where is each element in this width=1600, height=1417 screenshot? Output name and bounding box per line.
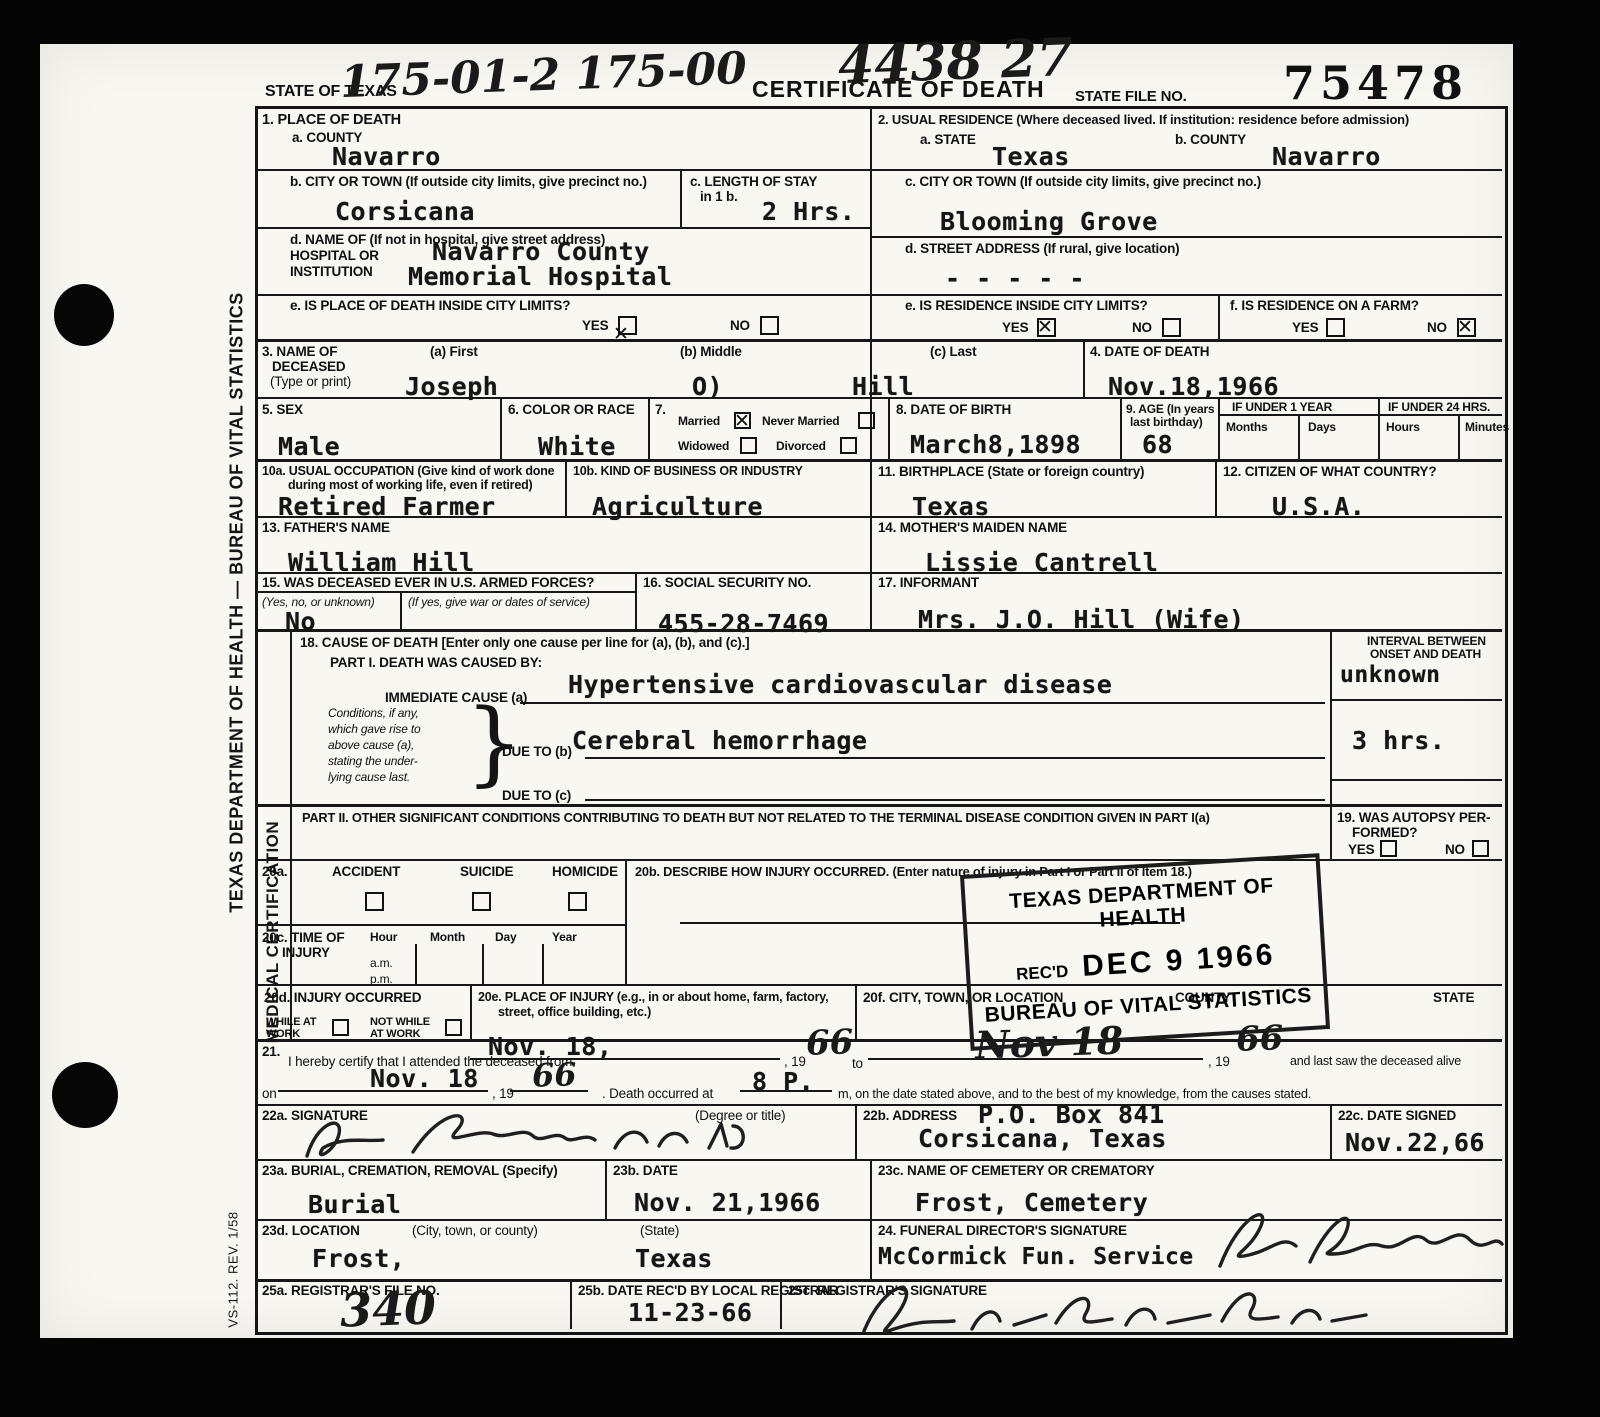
line <box>1330 779 1502 781</box>
sec20f-state-label: STATE <box>1433 990 1474 1006</box>
sec23a-value: Burial <box>308 1192 401 1217</box>
sec18-heading: 18. CAUSE OF DEATH [Enter only one cause… <box>300 635 749 651</box>
sec8-value: March8,1898 <box>910 432 1081 457</box>
sec20c-pm-label: p.m. <box>370 972 393 986</box>
bureau-rail-text: TEXAS DEPARTMENT OF HEALTH — BUREAU OF V… <box>227 223 248 983</box>
line <box>255 459 1502 462</box>
sec2-heading: 2. USUAL RESIDENCE (Where deceased lived… <box>878 112 1409 128</box>
sec9-hours-label: Hours <box>1386 420 1420 434</box>
sec19-no-checkbox <box>1472 840 1489 857</box>
sec23d-heading: 23d. LOCATION <box>262 1223 360 1239</box>
sec20a-accident-label: ACCIDENT <box>332 864 400 880</box>
answer-line-18c <box>585 799 1325 801</box>
sec20a-homicide-label: HOMICIDE <box>552 864 618 880</box>
line <box>570 1279 572 1329</box>
sec7-married-label: Married <box>678 414 720 428</box>
line <box>1330 699 1502 701</box>
sec23a-heading: 23a. BURIAL, CREMATION, REMOVAL (Specify… <box>262 1163 558 1179</box>
sec23b-heading: 23b. DATE <box>613 1163 678 1179</box>
sec3-middle-label: (b) Middle <box>680 344 742 360</box>
scanned-death-certificate: TEXAS DEPARTMENT OF HEALTH — BUREAU OF V… <box>0 0 1600 1417</box>
sec8-heading: 8. DATE OF BIRTH <box>896 402 1011 418</box>
sec19-yes-checkbox <box>1380 840 1397 857</box>
sec2-city-label: c. CITY OR TOWN (If outside city limits,… <box>905 174 1261 190</box>
sec18-part2: PART II. OTHER SIGNIFICANT CONDITIONS CO… <box>302 810 1210 825</box>
sec20c-month-label: Month <box>430 930 465 944</box>
sec20d-while-label2: WORK <box>266 1028 300 1041</box>
sec17-value: Mrs. J.O. Hill (Wife) <box>918 607 1245 632</box>
sec3-heading1: 3. NAME OF <box>262 344 337 360</box>
sec1-stay-value: 2 Hrs. <box>762 199 855 224</box>
line <box>855 984 857 1039</box>
sec16-heading: 16. SOCIAL SECURITY NO. <box>643 575 811 591</box>
sec18-interval-label2: ONSET AND DEATH <box>1370 647 1481 661</box>
sec20e-heading1: 20e. PLACE OF INJURY (e.g., in or about … <box>478 990 828 1005</box>
line <box>1458 414 1460 459</box>
line <box>1378 397 1380 459</box>
sec20c-am-label: a.m. <box>370 956 393 970</box>
handwritten-district-code: 175-01-2 175-00 <box>339 47 747 105</box>
sec23d-value1: Frost, <box>312 1246 405 1271</box>
line <box>400 591 402 629</box>
sec22c-date: Nov.22,66 <box>1345 1130 1485 1155</box>
medical-rail-divider <box>290 629 292 1039</box>
sec24-value: McCormick Fun. Service <box>878 1246 1194 1269</box>
form-revision-text: VS-112. REV. 1/58 <box>226 1185 241 1355</box>
sec18-part1: PART I. DEATH WAS CAUSED BY: <box>330 655 542 671</box>
sec6-heading: 6. COLOR OR RACE <box>508 402 635 418</box>
sec17-heading: 17. INFORMANT <box>878 575 979 591</box>
sec24-heading: 24. FUNERAL DIRECTOR'S SIGNATURE <box>878 1223 1127 1239</box>
sec10b-value: Agriculture <box>592 494 763 519</box>
sec18-duec-label: DUE TO (c) <box>502 788 571 804</box>
sec9-under1-label: IF UNDER 1 YEAR <box>1232 400 1332 414</box>
punch-hole-top <box>54 284 114 346</box>
line <box>1120 397 1122 459</box>
line <box>255 924 625 926</box>
sec21-on-label: on <box>262 1086 277 1102</box>
sec1-county-value: Navarro <box>332 144 441 169</box>
sec2-farm-no-checkbox <box>1457 318 1476 337</box>
sec18-cond1: Conditions, if any, <box>328 706 419 720</box>
sec5-heading: 5. SEX <box>262 402 303 418</box>
sec18-interval-b-value: 3 hrs. <box>1352 728 1445 753</box>
sec3-first-label: (a) First <box>430 344 478 360</box>
sec2-state-value: Texas <box>992 144 1070 169</box>
sec1-limits-label: e. IS PLACE OF DEATH INSIDE CITY LIMITS? <box>290 298 570 314</box>
line <box>255 591 635 593</box>
answer-line-18b <box>585 757 1325 759</box>
sec2-limits-label: e. IS RESIDENCE INSIDE CITY LIMITS? <box>905 298 1148 314</box>
sec20a-heading: 20a. <box>262 864 287 880</box>
sec15-value: No <box>285 609 316 634</box>
sec1-yes-label: YES <box>582 318 608 334</box>
sec1-yes-checkbox <box>618 316 637 335</box>
sec25b-value: 11-23-66 <box>628 1300 752 1325</box>
stamp-line3: BUREAU OF VITAL STATISTICS <box>972 983 1325 1028</box>
sec21-yr1-value: 66 <box>805 1025 853 1061</box>
sec20d-notwhile-label2: AT WORK <box>370 1028 420 1041</box>
stamp-recd-label: REC'D <box>1016 962 1069 984</box>
sec18-cond2: which gave rise to <box>328 722 420 736</box>
sec21-to-label: to <box>852 1056 863 1072</box>
sec20c-year-label: Year <box>552 930 577 944</box>
sec2-farm-label: f. IS RESIDENCE ON A FARM? <box>1230 298 1419 314</box>
line <box>470 984 472 1039</box>
sec16-value: 455-28-7469 <box>658 611 829 636</box>
answer-line-18a <box>520 702 1325 704</box>
sec1-city-label: b. CITY OR TOWN (If outside city limits,… <box>290 174 647 190</box>
sec19-yes-label: YES <box>1348 842 1374 858</box>
stamp-line1: TEXAS DEPARTMENT OF HEALTH <box>965 871 1319 940</box>
sec13-heading: 13. FATHER'S NAME <box>262 520 390 536</box>
sec9-months-label: Months <box>1226 420 1267 434</box>
sec12-value: U.S.A. <box>1272 494 1365 519</box>
line <box>648 397 650 459</box>
sec20d-notwhile-checkbox <box>445 1019 462 1036</box>
sec20c-hour-label: Hour <box>370 930 397 944</box>
line <box>680 169 682 227</box>
sec5-value: Male <box>278 434 340 459</box>
sec3-heading3: (Type or print) <box>270 374 351 390</box>
punch-hole-bottom <box>52 1062 118 1128</box>
sec20c-heading1: 20c. TIME OF <box>262 930 344 946</box>
line <box>870 236 1502 238</box>
sec7-widowed-label: Widowed <box>678 439 729 453</box>
sec2-county-value: Navarro <box>1272 144 1381 169</box>
sec18-dueb-label: DUE TO (b) <box>502 744 572 760</box>
sec18-cond5: lying cause last. <box>328 770 410 784</box>
sec2-limits-yes-checkbox <box>1037 318 1056 337</box>
physician-signature <box>285 1096 755 1168</box>
line <box>625 859 627 984</box>
sec9-minutes-label: Minutes <box>1465 420 1509 434</box>
state-file-number: 75478 <box>1283 56 1468 110</box>
line <box>888 397 890 459</box>
sec20a-suicide-checkbox <box>472 892 491 911</box>
line <box>500 397 502 459</box>
sec9-days-label: Days <box>1308 420 1336 434</box>
sec11-value: Texas <box>912 494 990 519</box>
sec1-hospital-value1: Navarro County <box>432 239 650 264</box>
sec23c-heading: 23c. NAME OF CEMETERY OR CREMATORY <box>878 1163 1155 1179</box>
stamp-line2: REC'D DEC 9 1966 <box>969 935 1322 990</box>
sec2-street-value: - - - - - <box>945 266 1085 291</box>
sec10a-value: Retired Farmer <box>278 494 496 519</box>
sec15-sub1: (Yes, no, or unknown) <box>262 595 375 609</box>
sec10a-heading1: 10a. USUAL OCCUPATION (Give kind of work… <box>262 464 554 479</box>
sec23c-value: Frost, Cemetery <box>915 1190 1148 1215</box>
sec23d-sub1: (City, town, or county) <box>412 1223 538 1239</box>
line <box>482 944 484 984</box>
sec20e-heading2: street, office building, etc.) <box>498 1005 651 1020</box>
line <box>1218 397 1220 459</box>
stamp-date: DEC 9 1966 <box>1081 938 1276 983</box>
sec3-middle-value: O) <box>692 374 723 399</box>
sec15-sub2: (If yes, give war or dates of service) <box>408 595 590 609</box>
sec9-under24-label: IF UNDER 24 HRS. <box>1388 400 1490 414</box>
line <box>1215 459 1217 516</box>
sec7-widowed-checkbox <box>740 437 757 454</box>
sec7-heading: 7. <box>655 402 666 418</box>
sec20a-suicide-label: SUICIDE <box>460 864 513 880</box>
sec2-limits-no-checkbox <box>1162 318 1181 337</box>
sec10a-heading2: during most of working life, even if ret… <box>288 478 533 493</box>
sec4-value: Nov.18,1966 <box>1108 374 1279 399</box>
sec25a-value: 340 <box>339 1284 437 1333</box>
certificate-page: TEXAS DEPARTMENT OF HEALTH — BUREAU OF V… <box>40 44 1513 1338</box>
sec7-divorced-label: Divorced <box>776 439 826 453</box>
state-file-no-label: STATE FILE NO. <box>1075 88 1187 106</box>
line <box>1083 339 1085 397</box>
sec23b-value: Nov. 21,1966 <box>634 1190 821 1215</box>
sec20a-homicide-checkbox <box>568 892 587 911</box>
sec19-heading1: 19. WAS AUTOPSY PER- <box>1337 810 1490 826</box>
sec18-immediate-value: Hypertensive cardiovascular disease <box>568 672 1112 697</box>
sec4-heading: 4. DATE OF DEATH <box>1090 344 1209 360</box>
sec3-last-value: Hill <box>852 374 914 399</box>
sec3-first-value: Joseph <box>405 374 498 399</box>
sec22c-heading: 22c. DATE SIGNED <box>1338 1108 1456 1124</box>
sec21-on-value: Nov. 18 <box>370 1066 479 1091</box>
sec1-heading: 1. PLACE OF DEATH <box>262 112 401 129</box>
sec7-divorced-checkbox <box>840 437 857 454</box>
sec18-cond4: stating the under- <box>328 754 418 768</box>
registrar-signature <box>830 1269 1390 1347</box>
sec1-stay-label: c. LENGTH OF STAY <box>690 174 817 190</box>
sec2-farm-yes-label: YES <box>1292 320 1318 336</box>
sec19-heading2: FORMED? <box>1352 825 1417 841</box>
sec21-tail1: and last saw the deceased alive <box>1290 1054 1461 1069</box>
sec2-street-label: d. STREET ADDRESS (If rural, give locati… <box>905 241 1179 257</box>
line <box>1218 294 1220 339</box>
sec1-city-value: Corsicana <box>335 199 475 224</box>
sec20c-heading2: INJURY <box>282 945 330 961</box>
sec21-pre19b: , 19 <box>1208 1054 1230 1070</box>
sec15-heading: 15. WAS DECEASED EVER IN U.S. ARMED FORC… <box>262 575 594 591</box>
sec2-farm-yes-checkbox <box>1326 318 1345 337</box>
sec7-never-checkbox <box>858 412 875 429</box>
sec2-county-label: b. COUNTY <box>1175 132 1246 148</box>
sec19-no-label: NO <box>1445 842 1465 858</box>
line <box>1330 1104 1332 1159</box>
handwritten-file-annotation: 4438 27 <box>837 32 1074 92</box>
sec14-heading: 14. MOTHER'S MAIDEN NAME <box>878 520 1067 536</box>
line <box>255 227 872 229</box>
sec2-farm-no-label: NO <box>1427 320 1447 336</box>
sec20d-while-checkbox <box>332 1019 349 1036</box>
sec9-heading2: last birthday) <box>1130 415 1203 429</box>
sec10b-heading: 10b. KIND OF BUSINESS OR INDUSTRY <box>573 464 803 479</box>
sec1-no-label: NO <box>730 318 750 334</box>
sec20a-accident-checkbox <box>365 892 384 911</box>
line <box>605 1159 607 1219</box>
sec20d-heading: 20d. INJURY OCCURRED <box>264 990 421 1006</box>
sec1-hospital-label2: HOSPITAL OR <box>290 248 379 264</box>
sec2-city-value: Blooming Grove <box>940 209 1158 234</box>
line <box>255 804 1502 807</box>
sec1-hospital-label3: INSTITUTION <box>290 264 373 280</box>
sec21-yr3-value: 66 <box>531 1058 577 1092</box>
line <box>1298 414 1300 459</box>
sec18-interval-a-value: unknown <box>1340 664 1440 687</box>
received-stamp: TEXAS DEPARTMENT OF HEALTH REC'D DEC 9 1… <box>960 853 1330 1051</box>
sec2-state-label: a. STATE <box>920 132 976 148</box>
sec18-cond3: above cause (a), <box>328 738 414 752</box>
sec1-stay-label2: in 1 b. <box>700 189 738 205</box>
sec12-heading: 12. CITIZEN OF WHAT COUNTRY? <box>1223 464 1436 480</box>
sec23d-value2: Texas <box>635 1246 713 1271</box>
sec11-heading: 11. BIRTHPLACE (State or foreign country… <box>878 464 1144 480</box>
sec21-num: 21. <box>262 1044 280 1060</box>
sec13-value: William Hill <box>288 550 475 575</box>
sec22b-address2: Corsicana, Texas <box>918 1126 1167 1151</box>
sec1-no-checkbox <box>760 316 779 335</box>
line <box>255 294 1502 296</box>
sec7-never-label: Never Married <box>762 414 839 428</box>
sec14-value: Lissie Cantrell <box>925 550 1158 575</box>
line <box>565 459 567 516</box>
line <box>870 106 872 629</box>
line <box>635 572 637 629</box>
sec1-hospital-value2: Memorial Hospital <box>408 264 672 289</box>
sec2-limits-yes-label: YES <box>1002 320 1028 336</box>
sec3-heading2: DECEASED <box>272 359 345 375</box>
line <box>255 1039 1502 1042</box>
line <box>255 629 1502 632</box>
line <box>1330 629 1332 859</box>
sec3-last-label: (c) Last <box>930 344 976 360</box>
line <box>855 1104 857 1159</box>
sec2-limits-no-label: NO <box>1132 320 1152 336</box>
line <box>415 944 417 984</box>
sec18-dueb-value: Cerebral hemorrhage <box>572 728 867 753</box>
sec7-married-checkbox <box>734 412 751 429</box>
sec23d-sub2: (State) <box>640 1223 679 1239</box>
sec9-value: 68 <box>1142 432 1173 457</box>
sec22b-heading: 22b. ADDRESS <box>863 1108 957 1124</box>
sec21-time-value: 8 P. <box>752 1069 814 1094</box>
sec20c-day-label: Day <box>495 930 516 944</box>
line <box>870 1159 872 1279</box>
line <box>542 944 544 984</box>
sec6-value: White <box>538 434 616 459</box>
line <box>255 339 1502 342</box>
